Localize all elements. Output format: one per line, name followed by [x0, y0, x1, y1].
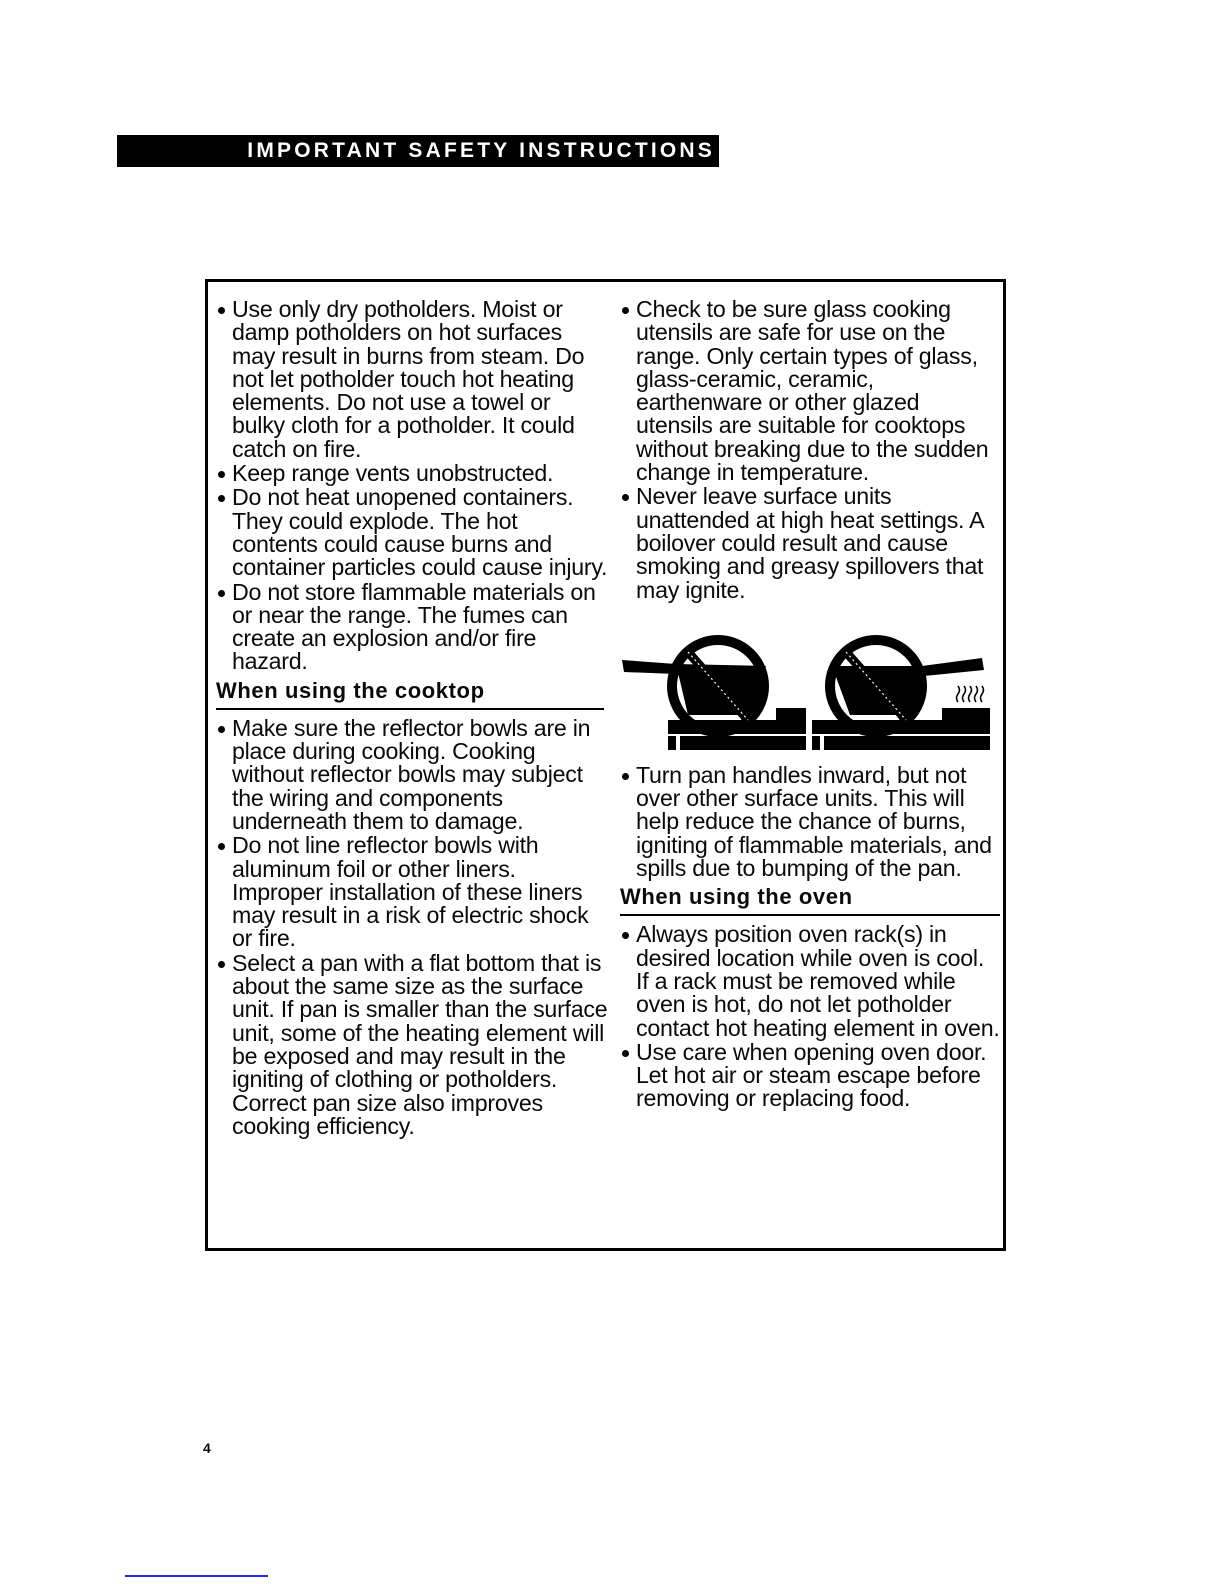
bullet-icon [622, 932, 629, 939]
list-item: Turn pan handles inward, but not over ot… [620, 764, 1000, 880]
safety-instructions-box: Use only dry potholders. Moist or damp p… [205, 279, 1006, 1251]
bullet-icon [218, 471, 225, 478]
bullet-icon [622, 307, 629, 314]
list-item: Keep range vents unobstructed. [216, 462, 608, 485]
cooktop-heading: When using the cooktop [216, 678, 604, 710]
banner-title: IMPORTANT SAFETY INSTRUCTIONS [247, 139, 715, 162]
bullet-icon [218, 307, 225, 314]
list-item: Always position oven rack(s) in desired … [620, 923, 1000, 1039]
list-item: Use only dry potholders. Moist or damp p… [216, 298, 608, 461]
right-column: Check to be sure glass cooking utensils … [620, 298, 1000, 1112]
list-item: Use care when opening oven door. Let hot… [620, 1041, 1000, 1111]
list-item: Check to be sure glass cooking utensils … [620, 298, 1000, 484]
pictogram-row [612, 616, 1000, 754]
section-banner: IMPORTANT SAFETY INSTRUCTIONS [117, 135, 719, 167]
bullet-icon [218, 590, 225, 597]
list-item: Make sure the reflector bowls are in pla… [216, 717, 608, 833]
bullet-icon [218, 961, 225, 968]
left-column: Use only dry potholders. Moist or damp p… [216, 298, 608, 1139]
no-pan-handle-over-hot-unit-icon [812, 620, 1002, 750]
no-pan-handle-outward-icon [616, 620, 806, 750]
bullet-icon [218, 726, 225, 733]
bullet-icon [622, 1050, 629, 1057]
list-item: Do not line reflector bowls with aluminu… [216, 834, 608, 950]
list-item: Do not store flammable materials on or n… [216, 581, 608, 674]
oven-heading: When using the oven [620, 884, 1000, 916]
bullet-icon [218, 495, 225, 502]
list-item: Select a pan with a flat bottom that is … [216, 952, 608, 1138]
bullet-icon [622, 773, 629, 780]
footer-divider [125, 1575, 268, 1577]
list-item: Do not heat unopened containers. They co… [216, 486, 608, 579]
bullet-icon [622, 494, 629, 501]
page-number: 4 [203, 1440, 211, 1456]
bullet-icon [218, 843, 225, 850]
list-item: Never leave surface units unattended at … [620, 485, 1000, 601]
